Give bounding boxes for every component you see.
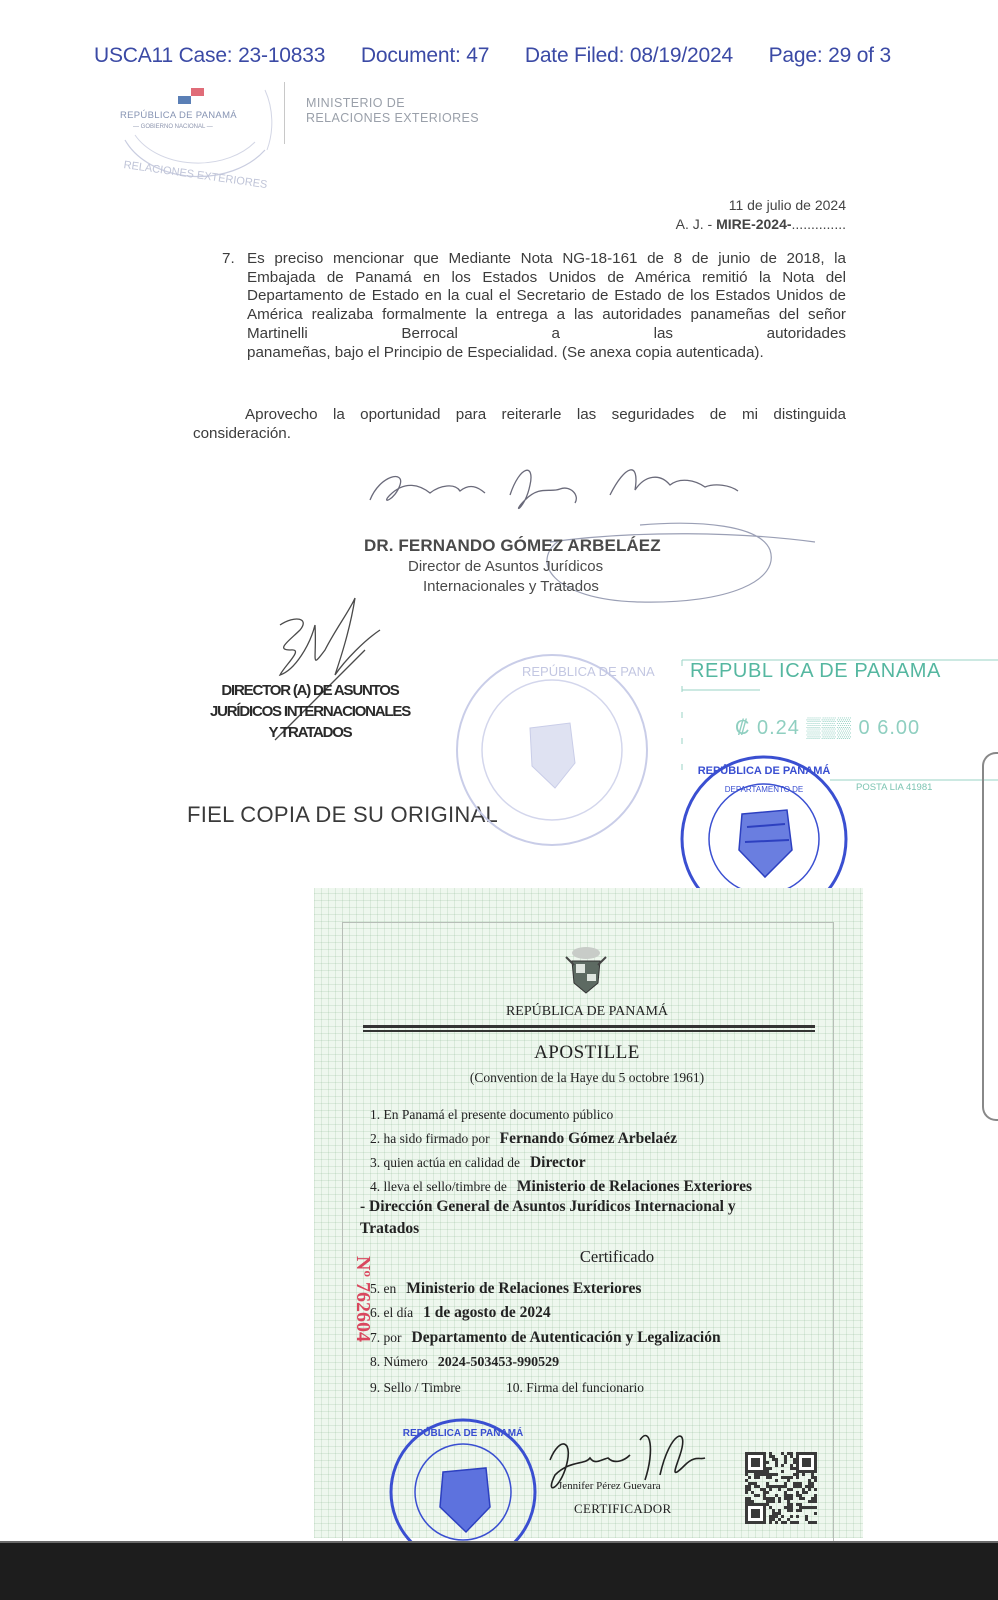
juridical-affairs-seal-icon: REPÚBLICA DE PANAMÁ: [450, 648, 655, 853]
letter-date: 11 de julio de 2024: [729, 197, 846, 213]
ref-code: MIRE-2024-: [716, 216, 791, 232]
date-filed: Date Filed: 08/19/2024: [525, 44, 733, 67]
apostille-country: REPÚBLICA DE PANAMÁ: [342, 1004, 832, 1020]
court-filing-header: USCA11 Case: 23-10833 Document: 47 Date …: [94, 44, 921, 68]
closing-paragraph: Aprovecho la oportunidad para reiterarle…: [193, 406, 846, 443]
postal-stamp-amount: ₡ 0.24 ▒▒▒ 0 6.00: [735, 717, 920, 740]
item-label: 8. Número: [370, 1354, 428, 1369]
signer-title-line1: Director de Asuntos Jurídicos: [408, 558, 603, 575]
apostille-convention: (Convention de la Haye du 5 octobre 1961…: [342, 1070, 832, 1086]
page-number: Page: 29 of 3: [769, 44, 891, 67]
director-line-3: Y TRATADOS: [200, 722, 420, 743]
apostille-item-7: 7. porDepartamento de Autenticación y Le…: [370, 1329, 721, 1347]
item-value: Director: [530, 1154, 586, 1171]
letterhead-ministry: MINISTERIO DE RELACIONES EXTERIORES: [306, 96, 479, 126]
ministry-line-1: MINISTERIO DE: [306, 96, 479, 111]
seal-label: 9. Sello / Timbre: [370, 1380, 461, 1396]
ministry-line-2: RELACIONES EXTERIORES: [306, 111, 479, 126]
ref-prefix: A. J. -: [676, 216, 716, 232]
svg-text:RELACIONES EXTERIORES: RELACIONES EXTERIORES: [123, 159, 268, 190]
director-title-block: DIRECTOR (A) DE ASUNTOS JURÍDICOS INTERN…: [200, 680, 420, 743]
letterhead-divider: [284, 82, 285, 144]
qr-code-icon: [745, 1452, 817, 1524]
certifier-role: CERTIFICADOR: [574, 1501, 671, 1517]
document-number: Document: 47: [361, 44, 489, 67]
postal-stamp-title: REPUBL ICA DE PANAMA: [690, 660, 941, 683]
item-label: 5. en: [370, 1281, 396, 1296]
viewer-bottom-bar: [0, 1541, 998, 1600]
director-line-1: DIRECTOR (A) DE ASUNTOS: [200, 680, 420, 701]
apostille-title: APOSTILLE: [342, 1042, 832, 1064]
signer-name: DR. FERNANDO GÓMEZ ARBELÁEZ: [364, 536, 661, 556]
item-value: 1 de agosto de 2024: [423, 1304, 550, 1321]
director-line-2: JURÍDICOS INTERNACIONALES: [200, 701, 420, 722]
paragraph-number: 7.: [222, 250, 235, 269]
item-label: 6. el día: [370, 1305, 413, 1320]
item-value: 2024-503453-990529: [438, 1355, 559, 1370]
certifier-name: Jennifer Pérez Guevara: [558, 1480, 661, 1492]
coat-of-arms-icon: [562, 943, 610, 998]
paragraph-last-line: panameñas, bajo el Principio de Especial…: [247, 344, 846, 363]
handwritten-signature-icon: [360, 455, 800, 525]
svg-text:REPÚBLICA DE PANAMÁ: REPÚBLICA DE PANAMÁ: [403, 1426, 524, 1439]
apostille-item-4-continued-2: Tratados: [360, 1220, 419, 1238]
item-value: Ministerio de Relaciones Exteriores: [406, 1280, 641, 1297]
apostille-item-4: 4. lleva el sello/timbre deMinisterio de…: [370, 1178, 752, 1196]
letter-reference: A. J. - MIRE-2024-..............: [676, 216, 846, 232]
apostille-item-6: 6. el día1 de agosto de 2024: [370, 1304, 551, 1322]
apostille-item-3: 3. quien actúa en calidad deDirector: [370, 1154, 586, 1172]
apostille-rule: [363, 1030, 815, 1032]
apostille-item-2: 2. ha sido firmado porFernando Gómez Arb…: [370, 1130, 677, 1148]
side-scroll-handle[interactable]: [982, 752, 998, 1121]
svg-text:DEPARTAMENTO DE: DEPARTAMENTO DE: [725, 785, 804, 794]
signature-label: 10. Firma del funcionario: [506, 1380, 644, 1396]
item-label: 4. lleva el sello/timbre de: [370, 1179, 507, 1194]
paragraph-7: 7. Es preciso mencionar que Mediante Not…: [222, 250, 846, 362]
apostille-item-1: 1. En Panamá el presente documento públi…: [370, 1107, 613, 1123]
apostille-item-8: 8. Número2024-503453-990529: [370, 1354, 559, 1371]
ref-suffix: ..............: [792, 216, 846, 232]
svg-text:REPÚBLICA DE PANAMÁ: REPÚBLICA DE PANAMÁ: [698, 764, 831, 777]
paragraph-text: Es preciso mencionar que Mediante Nota N…: [247, 250, 846, 344]
svg-text:REPÚBLICA DE PANAMÁ: REPÚBLICA DE PANAMÁ: [522, 664, 655, 679]
item-label: 1. En Panamá el presente documento públi…: [370, 1107, 613, 1122]
letterhead-republic: REPÚBLICA DE PANAMÁ: [120, 110, 237, 121]
case-number: USCA11 Case: 23-10833: [94, 44, 325, 67]
apostille-item-5: 5. enMinisterio de Relaciones Exteriores: [370, 1280, 641, 1298]
letterhead-gobierno: — GOBIERNO NACIONAL —: [133, 124, 213, 130]
panama-flag-icon: [178, 88, 204, 104]
apostille-certified-heading: Certificado: [342, 1247, 832, 1267]
apostille-rule: [363, 1025, 815, 1028]
signer-title-line2: Internacionales y Tratados: [423, 578, 599, 595]
item-label: 2. ha sido firmado por: [370, 1131, 490, 1146]
item-value: Fernando Gómez Arbelaéz: [500, 1130, 677, 1147]
item-value: Departamento de Autenticación y Legaliza…: [412, 1329, 721, 1346]
item-label: 3. quien actúa en calidad de: [370, 1155, 520, 1170]
item-value: Ministerio de Relaciones Exteriores: [517, 1178, 752, 1195]
apostille-item-4-continued: - Dirección General de Asuntos Jurídicos…: [360, 1198, 736, 1216]
item-label: 7. por: [370, 1330, 402, 1345]
apostille-seal-icon: REPÚBLICA DE PANAMÁ: [388, 1412, 538, 1562]
postal-stamp-code: POSTA LIA 41981: [856, 782, 932, 793]
